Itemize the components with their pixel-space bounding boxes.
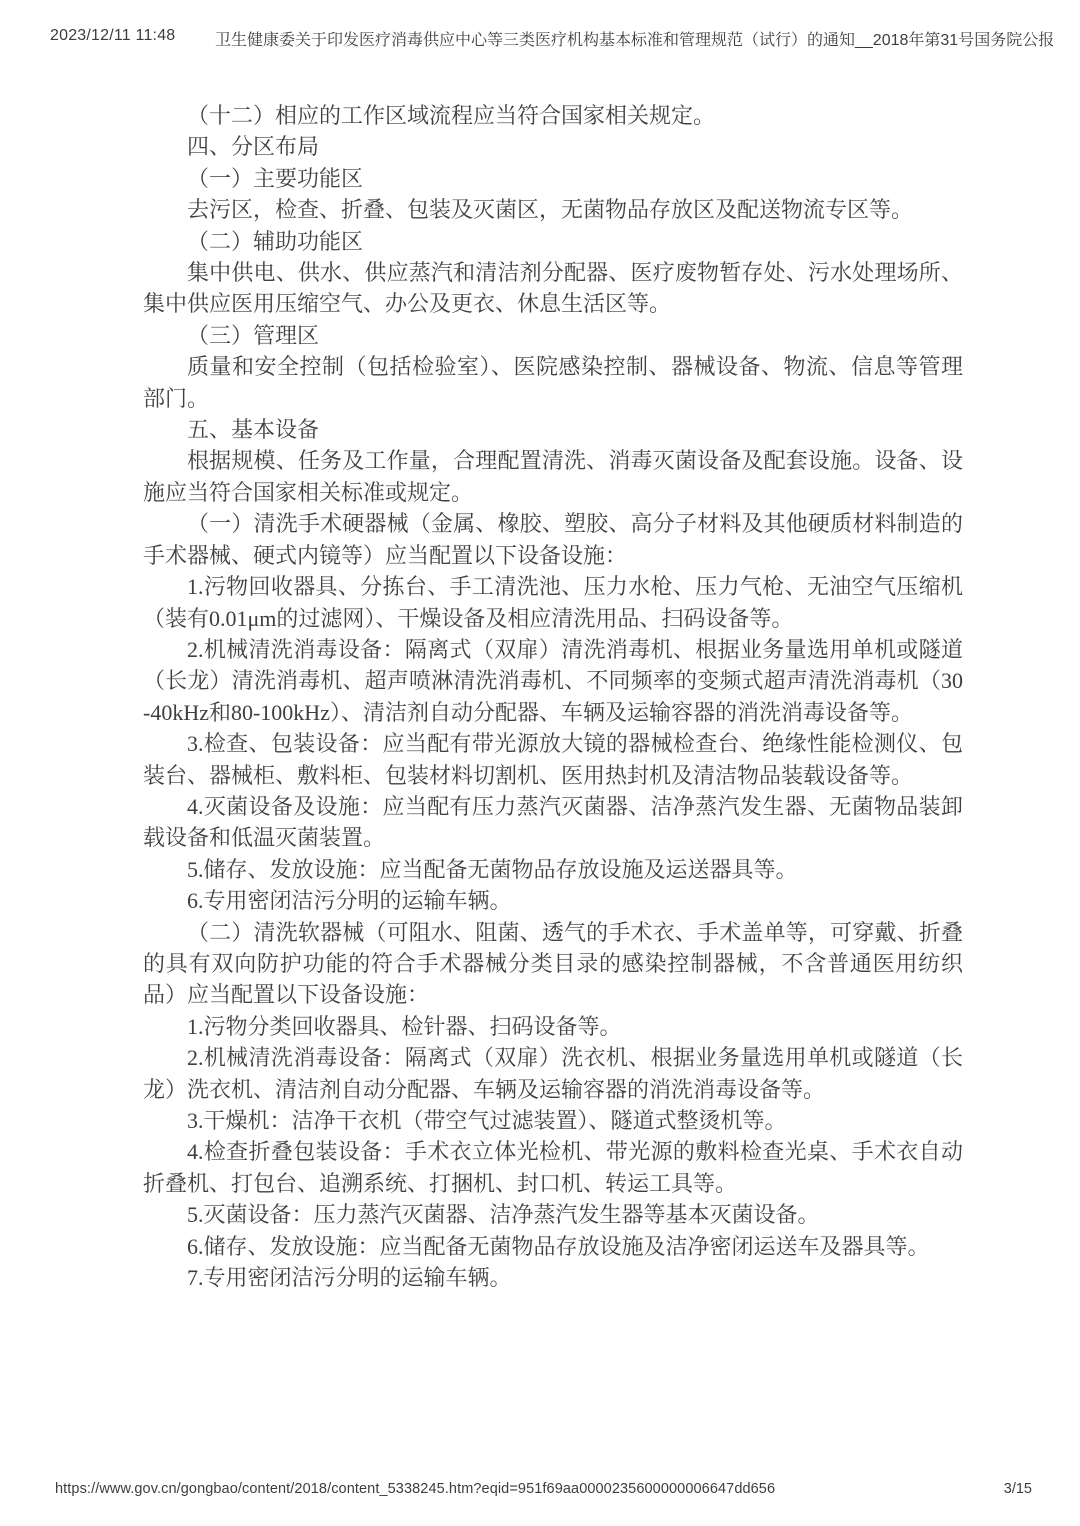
- document-paragraph: 5.灭菌设备：压力蒸汽灭菌器、洁净蒸汽发生器等基本灭菌设备。: [143, 1199, 963, 1230]
- document-paragraph: 5.储存、发放设施：应当配备无菌物品存放设施及运送器具等。: [143, 854, 963, 885]
- document-paragraph: 2.机械清洗消毒设备：隔离式（双扉）清洗消毒机、根据业务量选用单机或隧道（长龙）…: [143, 634, 963, 728]
- document-paragraph: 7.专用密闭洁污分明的运输车辆。: [143, 1262, 963, 1293]
- document-paragraph: 四、分区布局: [143, 131, 963, 162]
- print-header: 2023/12/11 11:48 卫生健康委关于印发医疗消毒供应中心等三类医疗机…: [0, 27, 1080, 49]
- document-paragraph: 3.检查、包装设备：应当配有带光源放大镜的器械检查台、绝缘性能检测仪、包装台、器…: [143, 728, 963, 791]
- document-paragraph: （一）清洗手术硬器械（金属、橡胶、塑胶、高分子材料及其他硬质材料制造的手术器械、…: [143, 508, 963, 571]
- document-paragraph: 6.储存、发放设施：应当配备无菌物品存放设施及洁净密闭运送车及器具等。: [143, 1231, 963, 1262]
- document-title: 卫生健康委关于印发医疗消毒供应中心等三类医疗机构基本标准和管理规范（试行）的通知…: [215, 27, 1053, 50]
- print-timestamp: 2023/12/11 11:48: [50, 27, 175, 45]
- document-paragraph: 根据规模、任务及工作量，合理配置清洗、消毒灭菌设备及配套设施。设备、设施应当符合…: [143, 445, 963, 508]
- document-paragraph: 1.污物回收器具、分拣台、手工清洗池、压力水枪、压力气枪、无油空气压缩机（装有0…: [143, 571, 963, 634]
- document-paragraph: （二）清洗软器械（可阻水、阻菌、透气的手术衣、手术盖单等，可穿戴、折叠的具有双向…: [143, 917, 963, 1011]
- document-paragraph: 3.干燥机：洁净干衣机（带空气过滤装置）、隧道式整烫机等。: [143, 1105, 963, 1136]
- document-body: （十二）相应的工作区域流程应当符合国家相关规定。 四、分区布局 （一）主要功能区…: [143, 100, 963, 1293]
- document-paragraph: 五、基本设备: [143, 414, 963, 445]
- document-paragraph: 集中供电、供水、供应蒸汽和清洁剂分配器、医疗废物暂存处、污水处理场所、集中供应医…: [143, 257, 963, 320]
- document-paragraph: （一）主要功能区: [143, 163, 963, 194]
- document-paragraph: （十二）相应的工作区域流程应当符合国家相关规定。: [143, 100, 963, 131]
- document-paragraph: （三）管理区: [143, 320, 963, 351]
- document-paragraph: 6.专用密闭洁污分明的运输车辆。: [143, 885, 963, 916]
- print-footer: https://www.gov.cn/gongbao/content/2018/…: [0, 1481, 1080, 1501]
- document-paragraph: 1.污物分类回收器具、检针器、扫码设备等。: [143, 1011, 963, 1042]
- source-url: https://www.gov.cn/gongbao/content/2018/…: [55, 1481, 775, 1497]
- document-paragraph: 去污区，检查、折叠、包装及灭菌区，无菌物品存放区及配送物流专区等。: [143, 194, 963, 225]
- document-page: 2023/12/11 11:48 卫生健康委关于印发医疗消毒供应中心等三类医疗机…: [0, 0, 1080, 1526]
- document-paragraph: 4.检查折叠包装设备：手术衣立体光检机、带光源的敷料检查光桌、手术衣自动折叠机、…: [143, 1136, 963, 1199]
- document-paragraph: 4.灭菌设备及设施：应当配有压力蒸汽灭菌器、洁净蒸汽发生器、无菌物品装卸载设备和…: [143, 791, 963, 854]
- page-number: 3/15: [1004, 1481, 1032, 1497]
- document-paragraph: 2.机械清洗消毒设备：隔离式（双扉）洗衣机、根据业务量选用单机或隧道（长龙）洗衣…: [143, 1042, 963, 1105]
- document-paragraph: （二）辅助功能区: [143, 226, 963, 257]
- document-paragraph: 质量和安全控制（包括检验室）、医院感染控制、器械设备、物流、信息等管理部门。: [143, 351, 963, 414]
